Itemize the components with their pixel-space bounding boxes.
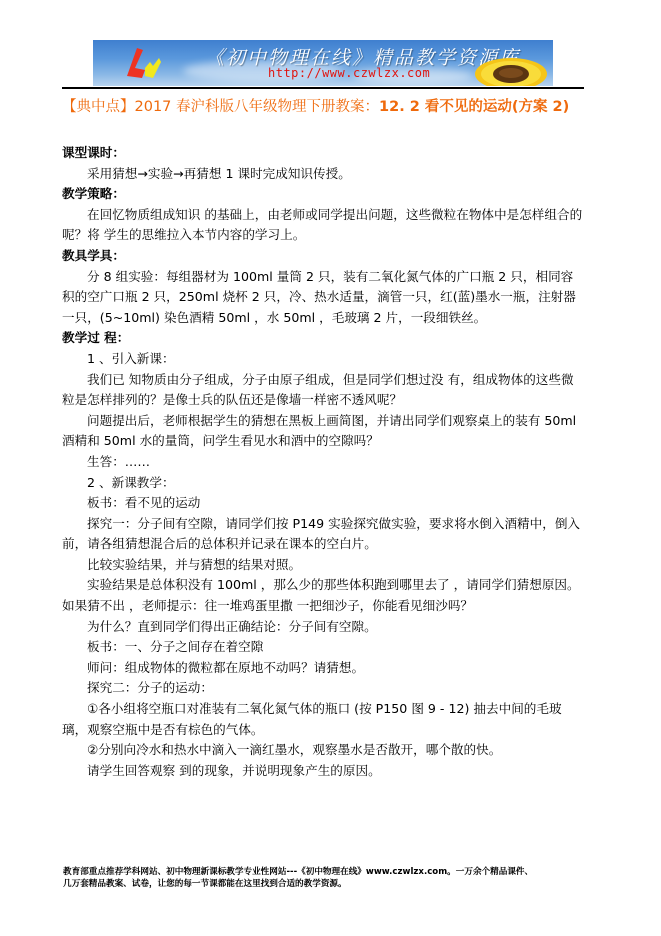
process-paragraph: 板书：一、分子之间存在着空隙	[62, 637, 584, 658]
footer-line-1: 教育部重点推荐学科网站、初中物理新课标教学专业性网站---《初中物理在线》www…	[63, 866, 583, 878]
site-banner[interactable]: 《初中物理在线》精品教学资源库 http://www.czwlzx.com	[93, 40, 553, 86]
process-paragraph: 探究一：分子间有空隙，请同学们按 P149 实验探究做实验，要求将水倒入酒精中，…	[62, 514, 584, 555]
sunflower-icon	[471, 50, 551, 86]
process-paragraph: 比较实验结果，并与猜想的结果对照。	[62, 555, 584, 576]
process-paragraph: ①各小组将空瓶口对准装有二氧化氮气体的瓶口 (按 P150 图 9 - 12) …	[62, 699, 584, 740]
process-paragraph: 板书：看不见的运动	[62, 493, 584, 514]
process-paragraph: 为什么？直到同学们得出正确结论：分子间有空隙。	[62, 617, 584, 638]
process-paragraph: 探究二：分子的运动：	[62, 678, 584, 699]
title-prefix: 【典中点】2017 春沪科版八年级物理下册教案：	[62, 99, 379, 115]
section-heading-materials: 教具学具：	[62, 246, 584, 267]
banner-url-link[interactable]: http://www.czwlzx.com	[268, 66, 430, 80]
paragraph-strategy: 在回忆物质组成知识 的基础上，由老师或同学提出问题，这些微粒在物体中是怎样组合的…	[62, 205, 584, 246]
section-heading-strategy: 教学策略：	[62, 184, 584, 205]
lesson-content: 课型课时： 采用猜想→实验→再猜想 1 课时完成知识传授。 教学策略： 在回忆物…	[62, 143, 584, 781]
process-paragraph: 我们已 知物质由分子组成，分子由原子组成，但是同学们想过没 有，组成物体的这些微…	[62, 370, 584, 411]
document-title: 【典中点】2017 春沪科版八年级物理下册教案：12. 2 看不见的运动(方案 …	[62, 95, 569, 116]
section-heading-lesson-type: 课型课时：	[62, 143, 584, 164]
section-heading-process: 教学过 程：	[62, 328, 584, 349]
process-paragraph: 师问：组成物体的微粒都在原地不动吗？请猜想。	[62, 658, 584, 679]
title-emphasis: 12. 2 看不见的运动(方案 2)	[379, 99, 569, 115]
site-logo-icon	[123, 46, 163, 82]
process-step: 2 、新课教学：	[62, 473, 584, 494]
process-step: 1 、引入新课：	[62, 349, 584, 370]
process-paragraph: 实验结果是总体积没有 100ml ，那么少的那些体积跑到哪里去了 ，请同学们猜想…	[62, 575, 584, 616]
footer-line-2: 几万套精品教案、试卷，让您的每一节课都能在这里找到合适的教学资源。	[63, 878, 583, 890]
process-paragraph: ②分别向冷水和热水中滴入一滴红墨水，观察墨水是否散开，哪个散的快。	[62, 740, 584, 761]
process-paragraph: 问题提出后，老师根据学生的猜想在黑板上画简图，并请出同学们观察桌上的装有 50m…	[62, 411, 584, 452]
page-footer: 教育部重点推荐学科网站、初中物理新课标教学专业性网站---《初中物理在线》www…	[63, 866, 583, 890]
header-divider	[62, 87, 584, 89]
process-paragraph: 请学生回答观察 到的现象，并说明现象产生的原因。	[62, 761, 584, 782]
process-paragraph: 生答：……	[62, 452, 584, 473]
paragraph-materials: 分 8 组实验：每组器材为 100ml 量筒 2 只，装有二氧化氮气体的广口瓶 …	[62, 267, 584, 329]
paragraph-lesson-type: 采用猜想→实验→再猜想 1 课时完成知识传授。	[62, 164, 584, 185]
